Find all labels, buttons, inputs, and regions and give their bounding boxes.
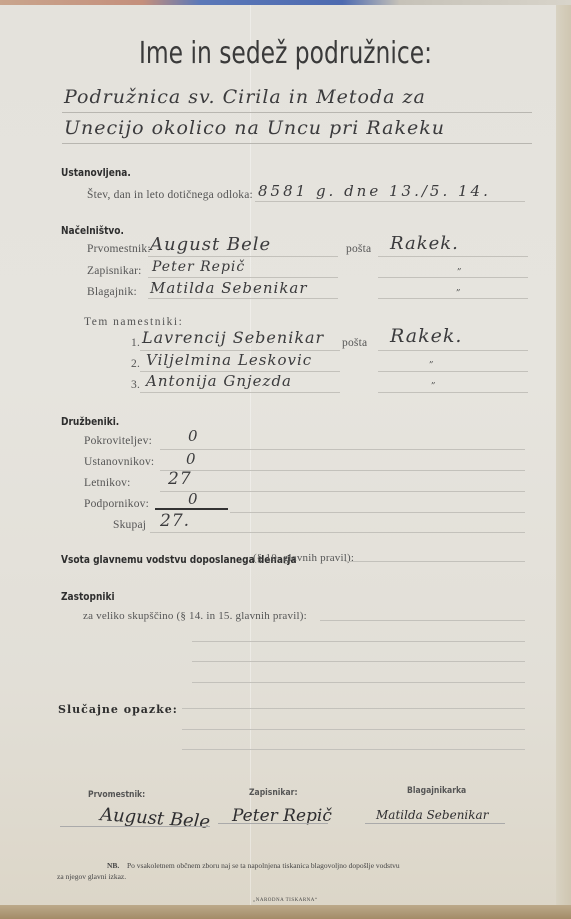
name-rule: [148, 298, 338, 299]
supporters-value: 0: [188, 490, 199, 508]
post-rule: [378, 371, 528, 372]
deputy-name: Antonija Gnjezda: [146, 372, 292, 390]
note-prefix: NB.: [107, 861, 119, 870]
founders-label: Ustanovnikov:: [84, 456, 154, 468]
deputy-number: 2.: [131, 358, 140, 370]
note-line1: Po vsakoletnem občnem zboru naj se ta na…: [127, 861, 400, 870]
annual-value: 27: [168, 469, 192, 489]
deputy-post: „: [429, 355, 434, 365]
name-rule: [148, 277, 338, 278]
representatives-rule: [192, 682, 525, 683]
signature-rule: [365, 823, 505, 824]
remarks-rule: [182, 729, 525, 730]
remarks-rule: [182, 708, 525, 709]
value-rule: [160, 491, 525, 492]
post-rule: [378, 277, 528, 278]
money-rule: [345, 561, 525, 562]
branch-name-rule: [62, 143, 532, 144]
signature-rule: [60, 826, 210, 827]
deputy-post: Rakek.: [390, 325, 462, 347]
secretary-sig-label: Zapisnikar:: [249, 788, 298, 798]
value-rule: [150, 532, 525, 533]
secretary-name: Peter Repič: [152, 259, 245, 275]
total-label: Skupaj: [113, 519, 146, 531]
deputy-number: 1.: [131, 337, 140, 349]
post-label: pošta: [346, 243, 371, 255]
name-rule: [148, 256, 338, 257]
post-rule: [378, 298, 528, 299]
president-role: Prvomestnik:: [87, 243, 151, 255]
form-title: Ime in sedež podružnice:: [63, 36, 508, 71]
representatives-rule: [320, 620, 525, 621]
branch-name-line1: Podružnica sv. Cirila in Metoda za: [64, 86, 426, 108]
remarks-heading: Slučajne opazke:: [58, 703, 178, 716]
treasurer-name: Matilda Sebenikar: [150, 279, 308, 297]
founders-value: 0: [186, 450, 197, 468]
printer-mark: „NARODNA TISKARNA“: [253, 898, 318, 903]
value-rule: [160, 449, 525, 450]
representatives-rule: [192, 641, 525, 642]
value-rule: [160, 470, 525, 471]
branch-name-line2: Unecijo okolico na Uncu pri Rakeku: [64, 117, 445, 139]
deputy-number: 3.: [131, 379, 140, 391]
president-name: August Bele: [150, 234, 271, 255]
members-heading: Družbeniki.: [61, 415, 119, 428]
representatives-heading: Zastopniki: [61, 590, 115, 603]
money-ref: (§ 10. glavnih pravil):: [253, 552, 354, 564]
secretary-role: Zapisnikar:: [87, 265, 142, 277]
post-label: pošta: [342, 337, 367, 349]
table-surface: [0, 905, 571, 919]
deputies-label: Tem namestniki:: [84, 316, 183, 328]
annual-label: Letnikov:: [84, 477, 131, 489]
decision-rule: [255, 201, 525, 202]
deputy-name: Viljelmina Leskovic: [146, 351, 312, 369]
decision-value: 8581 g. dne 13./5. 14.: [258, 182, 491, 200]
treasurer-post: „: [456, 283, 461, 293]
branch-name-rule: [62, 112, 532, 113]
post-rule: [378, 392, 528, 393]
note-line2: za njegov glavni izkaz.: [57, 872, 126, 881]
treasurer-signature: Matilda Sebenikar: [376, 808, 488, 822]
total-value: 27.: [160, 511, 190, 531]
value-rule: [230, 512, 525, 513]
president-post: Rakek.: [390, 233, 459, 254]
decision-label: Štev, dan in leto dotičnega odloka:: [87, 189, 253, 201]
deputy-post: „: [431, 376, 436, 386]
secretary-post: „: [457, 262, 462, 272]
remarks-rule: [182, 749, 525, 750]
paper-edge: [556, 5, 571, 910]
post-rule: [378, 350, 528, 351]
treasurer-sig-label: Blagajnikarka: [407, 786, 466, 796]
deputy-name: Lavrencij Sebenikar: [142, 328, 324, 347]
name-rule: [140, 392, 340, 393]
treasurer-role: Blagajnik:: [87, 286, 137, 298]
patrons-value: 0: [188, 427, 199, 445]
representatives-rule: [192, 661, 525, 662]
supporters-label: Podpornikov:: [84, 498, 149, 510]
board-heading: Načelništvo.: [61, 224, 124, 237]
post-rule: [378, 256, 528, 257]
patrons-label: Pokroviteljev:: [84, 435, 152, 447]
president-sig-label: Prvomestnik:: [88, 790, 145, 800]
representatives-label: za veliko skupščino (§ 14. in 15. glavni…: [83, 610, 307, 622]
established-heading: Ustanovljena.: [61, 166, 131, 179]
sum-rule: [155, 508, 228, 510]
signature-rule: [218, 823, 328, 824]
